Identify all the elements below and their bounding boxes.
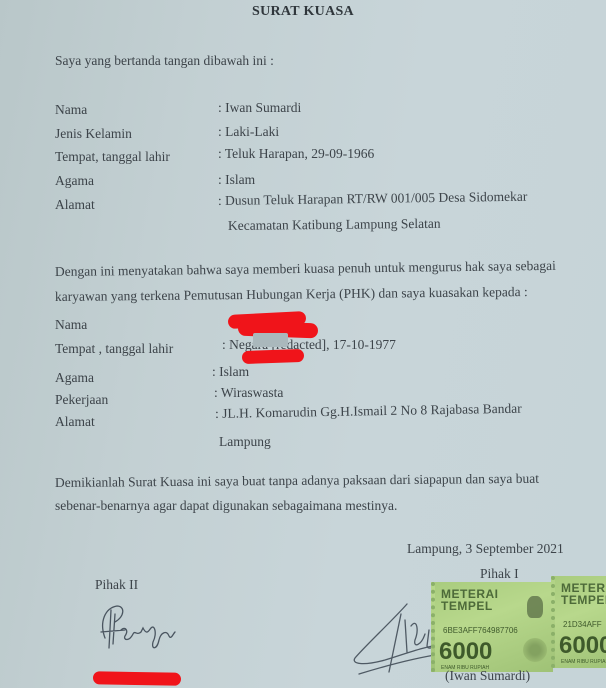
stamp-subtext: ENAM RIBU RUPIAH bbox=[561, 659, 606, 665]
grantor-religion-value: : Islam bbox=[218, 172, 255, 188]
grantor-religion-label: Agama bbox=[55, 173, 94, 189]
grantor-address-value: : Dusun Teluk Harapan RT/RW 001/005 Desa… bbox=[218, 189, 528, 209]
party-1-name: (Iwan Sumardi) bbox=[445, 668, 530, 684]
grantor-name-value: : Iwan Sumardi bbox=[218, 100, 301, 116]
grantor-birth-label: Tempat, tanggal lahir bbox=[55, 149, 170, 165]
grantee-address-value-line2: Lampung bbox=[219, 434, 271, 450]
redaction-mark bbox=[93, 671, 181, 686]
grantee-birth-label: Tempat , tanggal lahir bbox=[55, 341, 173, 357]
stamp-value: 6000 bbox=[559, 634, 606, 658]
stamp-title: METERAITEMPEL bbox=[561, 582, 606, 606]
intro-text: Saya yang bertanda tangan dibawah ini : bbox=[55, 53, 274, 69]
stamp-serial: 21D34AFF bbox=[563, 620, 602, 629]
grantee-religion-value: : Islam bbox=[212, 364, 249, 380]
place-date: Lampung, 3 September 2021 bbox=[407, 541, 564, 557]
grantor-address-label: Alamat bbox=[55, 197, 95, 213]
grantee-religion-label: Agama bbox=[55, 370, 94, 386]
statement-line-2: karyawan yang terkena Pemutusan Hubungan… bbox=[55, 284, 528, 305]
grantee-occupation-value: : Wiraswasta bbox=[214, 385, 283, 401]
revenue-stamp: METERAITEMPEL 21D34AFF 6000 ENAM RIBU RU… bbox=[551, 576, 606, 668]
grantee-address-label: Alamat bbox=[55, 414, 95, 430]
grantor-gender-label: Jenis Kelamin bbox=[55, 126, 132, 142]
statement-line-1: Dengan ini menyatakan bahwa saya memberi… bbox=[55, 258, 556, 280]
grantor-birth-value: : Teluk Harapan, 29-09-1966 bbox=[218, 146, 374, 162]
party-2-label: Pihak II bbox=[95, 577, 138, 593]
stamp-title: METERAITEMPEL bbox=[441, 588, 499, 612]
revenue-stamp: METERAITEMPEL 6BE3AFF764987706 6000 ENAM… bbox=[431, 582, 553, 672]
grantee-name-label: Nama bbox=[55, 317, 87, 333]
document-page: SURAT KUASA Saya yang bertanda tangan di… bbox=[0, 0, 606, 688]
document-title: SURAT KUASA bbox=[0, 4, 606, 20]
redaction-mark bbox=[242, 349, 304, 364]
closing-line-1: Demikianlah Surat Kuasa ini saya buat ta… bbox=[55, 471, 539, 491]
stamp-serial: 6BE3AFF764987706 bbox=[443, 626, 518, 635]
grantor-name-label: Nama bbox=[55, 102, 87, 118]
stamp-value: 6000 bbox=[439, 640, 492, 664]
emblem-icon bbox=[523, 638, 547, 662]
obscured-text bbox=[253, 333, 288, 347]
party-2-signature bbox=[95, 600, 185, 660]
party-1-label: Pihak I bbox=[480, 566, 519, 582]
grantor-gender-value: : Laki-Laki bbox=[218, 124, 279, 140]
grantor-address-value-line2: Kecamatan Katibung Lampung Selatan bbox=[228, 216, 441, 234]
closing-line-2: sebenar-benarnya agar dapat digunakan se… bbox=[55, 498, 397, 514]
garuda-emblem-icon bbox=[527, 596, 543, 618]
grantee-address-value: : JL.H. Komarudin Gg.H.Ismail 2 No 8 Raj… bbox=[215, 401, 522, 422]
grantee-occupation-label: Pekerjaan bbox=[55, 392, 108, 408]
